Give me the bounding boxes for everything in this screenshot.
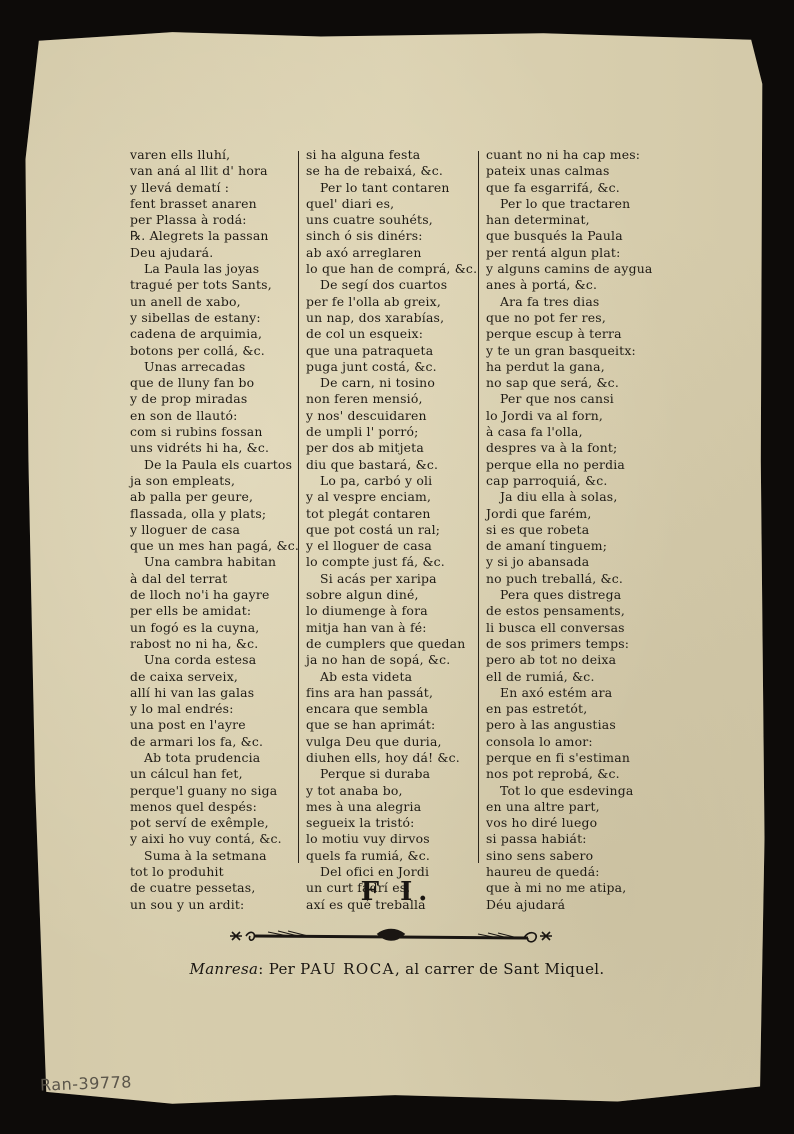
verse-line: cap parroquiá, &c. <box>486 473 658 489</box>
verse-line: han determinat, <box>486 212 658 228</box>
verse-line: li busca ell conversas <box>486 620 658 636</box>
verse-line: sobre algun diné, <box>306 587 478 603</box>
verse-line: ell de rumiá, &c. <box>486 669 658 685</box>
verse-line: que se han aprimát: <box>306 717 478 733</box>
verse-line: allí hi van las galas <box>130 685 302 701</box>
verse-line: y nos' descuidaren <box>306 408 478 424</box>
verse-line: mes à una alegria <box>306 799 478 815</box>
verse-line: de amaní tinguem; <box>486 538 658 554</box>
verse-line: pateix unas calmas <box>486 163 658 179</box>
verse-line: ℞. Alegrets la passan <box>130 228 302 244</box>
verse-line: y el lloguer de casa <box>306 538 478 554</box>
verse-line: pero ab tot no deixa <box>486 652 658 668</box>
verse-line: pero à las angustias <box>486 717 658 733</box>
verse-line: flassada, olla y plats; <box>130 506 302 522</box>
imprint-place: Manresa <box>190 960 259 978</box>
verse-line: de estos pensaments, <box>486 603 658 619</box>
verse-line: per rentá algun plat: <box>486 245 658 261</box>
verse-line: sino sens sabero <box>486 848 658 864</box>
column-divider <box>478 151 479 863</box>
verse-line: lo motiu vuy dirvos <box>306 831 478 847</box>
verse-line: y alguns camins de aygua <box>486 261 658 277</box>
verse-line: puga junt costá, &c. <box>306 359 478 375</box>
verse-line: tragué per tots Sants, <box>130 277 302 293</box>
verse-line: vos ho diré luego <box>486 815 658 831</box>
verse-line: que un mes han pagá, &c. <box>130 538 302 554</box>
column-divider <box>298 151 299 863</box>
verse-line: lo compte just fá, &c. <box>306 554 478 570</box>
verse-line: La Paula las joyas <box>130 261 302 277</box>
verse-line: despres va à la font; <box>486 440 658 456</box>
verse-line: Una corda estesa <box>130 652 302 668</box>
verse-line: Si acás per xaripa <box>306 571 478 587</box>
verse-line: en son de llautó: <box>130 408 302 424</box>
verse-line: que no pot fer res, <box>486 310 658 326</box>
verse-line: de umpli l' porró; <box>306 424 478 440</box>
verse-line: un anell de xabo, <box>130 294 302 310</box>
verse-line: un cálcul han fet, <box>130 766 302 782</box>
verse-line: Deu ajudará. <box>130 245 302 261</box>
verse-line: Ab tota prudencia <box>130 750 302 766</box>
verse-line: sinch ó sis dinérs: <box>306 228 478 244</box>
verse-line: una post en l'ayre <box>130 717 302 733</box>
verse-line: si passa habiát: <box>486 831 658 847</box>
verse-line: si ha alguna festa <box>306 147 478 163</box>
verse-line: tot plegát contaren <box>306 506 478 522</box>
verse-line: perque escup à terra <box>486 326 658 342</box>
verse-line: Per lo que tractaren <box>486 196 658 212</box>
verse-line: com si rubins fossan <box>130 424 302 440</box>
verse-line: uns cuatre souhéts, <box>306 212 478 228</box>
verse-line: menos quel despés: <box>130 799 302 815</box>
verse-line: Tot lo que esdevinga <box>486 783 658 799</box>
verse-line: rabost no ni ha, &c. <box>130 636 302 652</box>
verse-line: que pot costá un ral; <box>306 522 478 538</box>
verse-line: no puch treballá, &c. <box>486 571 658 587</box>
verse-line: no sap que será, &c. <box>486 375 658 391</box>
verse-line: que busqués la Paula <box>486 228 658 244</box>
verse-line: à casa fa l'olla, <box>486 424 658 440</box>
verse-line: diu que bastará, &c. <box>306 457 478 473</box>
verse-line: y tot anaba bo, <box>306 783 478 799</box>
verse-line: pot serví de exêmple, <box>130 815 302 831</box>
verse-line: de caixa serveix, <box>130 669 302 685</box>
verse-line: cadena de arquimia, <box>130 326 302 342</box>
verse-line: y al vespre enciam, <box>306 489 478 505</box>
imprint-printer: PAU ROCA <box>300 960 395 978</box>
verse-line: ab axó arreglaren <box>306 245 478 261</box>
verse-line: de lloch no'i ha gayre <box>130 587 302 603</box>
verse-line: que una patraqueta <box>306 343 478 359</box>
verse-line: encara que sembla <box>306 701 478 717</box>
verse-line: consola lo amor: <box>486 734 658 750</box>
verse-line: Ja diu ella à solas, <box>486 489 658 505</box>
poem-column-3: cuant no ni ha cap mes:pateix unas calma… <box>486 147 658 913</box>
verse-line: Una cambra habitan <box>130 554 302 570</box>
verse-line: segueix la tristó: <box>306 815 478 831</box>
verse-line: de cumplers que quedan <box>306 636 478 652</box>
imprint-separator: : Per <box>258 960 300 978</box>
imprint-address: , al carrer de Sant Miquel. <box>395 960 604 978</box>
verse-line: lo Jordi va al forn, <box>486 408 658 424</box>
verse-line: Lo pa, carbó y oli <box>306 473 478 489</box>
verse-line: y sibellas de estany: <box>130 310 302 326</box>
end-mark: F I. <box>0 877 794 907</box>
verse-line: varen ells lluhí, <box>130 147 302 163</box>
verse-line: perque en fi s'estiman <box>486 750 658 766</box>
verse-line: De la Paula els cuartos <box>130 457 302 473</box>
verse-line: nos pot reprobá, &c. <box>486 766 658 782</box>
verse-line: perque'l guany no siga <box>130 783 302 799</box>
verse-line: quel' diari es, <box>306 196 478 212</box>
verse-line: un fogó es la cuyna, <box>130 620 302 636</box>
verse-line: fent brasset anaren <box>130 196 302 212</box>
verse-line: Per lo tant contaren <box>306 180 478 196</box>
verse-line: per Plassa à rodá: <box>130 212 302 228</box>
verse-line: De carn, ni tosino <box>306 375 478 391</box>
verse-line: ha perdut la gana, <box>486 359 658 375</box>
verse-line: y te un gran basqueitx: <box>486 343 658 359</box>
verse-line: En axó estém ara <box>486 685 658 701</box>
verse-line: De segí dos cuartos <box>306 277 478 293</box>
verse-line: y de prop miradas <box>130 391 302 407</box>
imprint-line: Manresa: Per PAU ROCA, al carrer de Sant… <box>0 960 794 978</box>
poem-column-2: si ha alguna festase ha de rebaixá, &c.P… <box>306 147 478 913</box>
verse-line: y llevá dematí : <box>130 180 302 196</box>
verse-line: y aixi ho vuy contá, &c. <box>130 831 302 847</box>
verse-line: fins ara han passát, <box>306 685 478 701</box>
verse-line: cuant no ni ha cap mes: <box>486 147 658 163</box>
verse-line: que de lluny fan bo <box>130 375 302 391</box>
verse-line: Suma à la setmana <box>130 848 302 864</box>
verse-line: ja son empleats, <box>130 473 302 489</box>
verse-line: Pera ques distrega <box>486 587 658 603</box>
verse-line: si es que robeta <box>486 522 658 538</box>
verse-line: en una altre part, <box>486 799 658 815</box>
verse-line: en pas estretót, <box>486 701 658 717</box>
verse-line: de armari los fa, &c. <box>130 734 302 750</box>
verse-line: de sos primers temps: <box>486 636 658 652</box>
verse-line: lo diumenge à fora <box>306 603 478 619</box>
verse-line: mitja han van à fé: <box>306 620 478 636</box>
verse-line: lo que han de comprá, &c. <box>306 261 478 277</box>
verse-line: per fe l'olla ab greix, <box>306 294 478 310</box>
verse-line: que fa esgarrifá, &c. <box>486 180 658 196</box>
shelfmark-annotation: Ran-39778 <box>40 1072 132 1094</box>
verse-line: Jordi que farém, <box>486 506 658 522</box>
verse-line: Perque si duraba <box>306 766 478 782</box>
verse-line: vulga Deu que duria, <box>306 734 478 750</box>
poem-column-1: varen ells lluhí,van aná al llit d' hora… <box>130 147 302 913</box>
verse-line: quels fa rumiá, &c. <box>306 848 478 864</box>
verse-line: per dos ab mitjeta <box>306 440 478 456</box>
verse-line: y lo mal endrés: <box>130 701 302 717</box>
verse-line: un nap, dos xarabías, <box>306 310 478 326</box>
verse-line: y lloguer de casa <box>130 522 302 538</box>
verse-line: botons per collá, &c. <box>130 343 302 359</box>
verse-line: non feren mensió, <box>306 391 478 407</box>
verse-line: Ab esta videta <box>306 669 478 685</box>
verse-line: diuhen ells, hoy dá! &c. <box>306 750 478 766</box>
verse-line: y si jo abansada <box>486 554 658 570</box>
verse-line: ab palla per geure, <box>130 489 302 505</box>
verse-line: van aná al llit d' hora <box>130 163 302 179</box>
verse-line: perque ella no perdia <box>486 457 658 473</box>
ornamental-rule-icon <box>228 926 554 948</box>
verse-line: per ells be amidat: <box>130 603 302 619</box>
verse-line: uns vidréts hi ha, &c. <box>130 440 302 456</box>
verse-line: ja no han de sopá, &c. <box>306 652 478 668</box>
verse-line: à dal del terrat <box>130 571 302 587</box>
verse-line: anes à portá, &c. <box>486 277 658 293</box>
verse-line: Per que nos cansi <box>486 391 658 407</box>
verse-line: Unas arrecadas <box>130 359 302 375</box>
verse-line: Ara fa tres dias <box>486 294 658 310</box>
verse-line: de col un esqueix: <box>306 326 478 342</box>
verse-line: se ha de rebaixá, &c. <box>306 163 478 179</box>
